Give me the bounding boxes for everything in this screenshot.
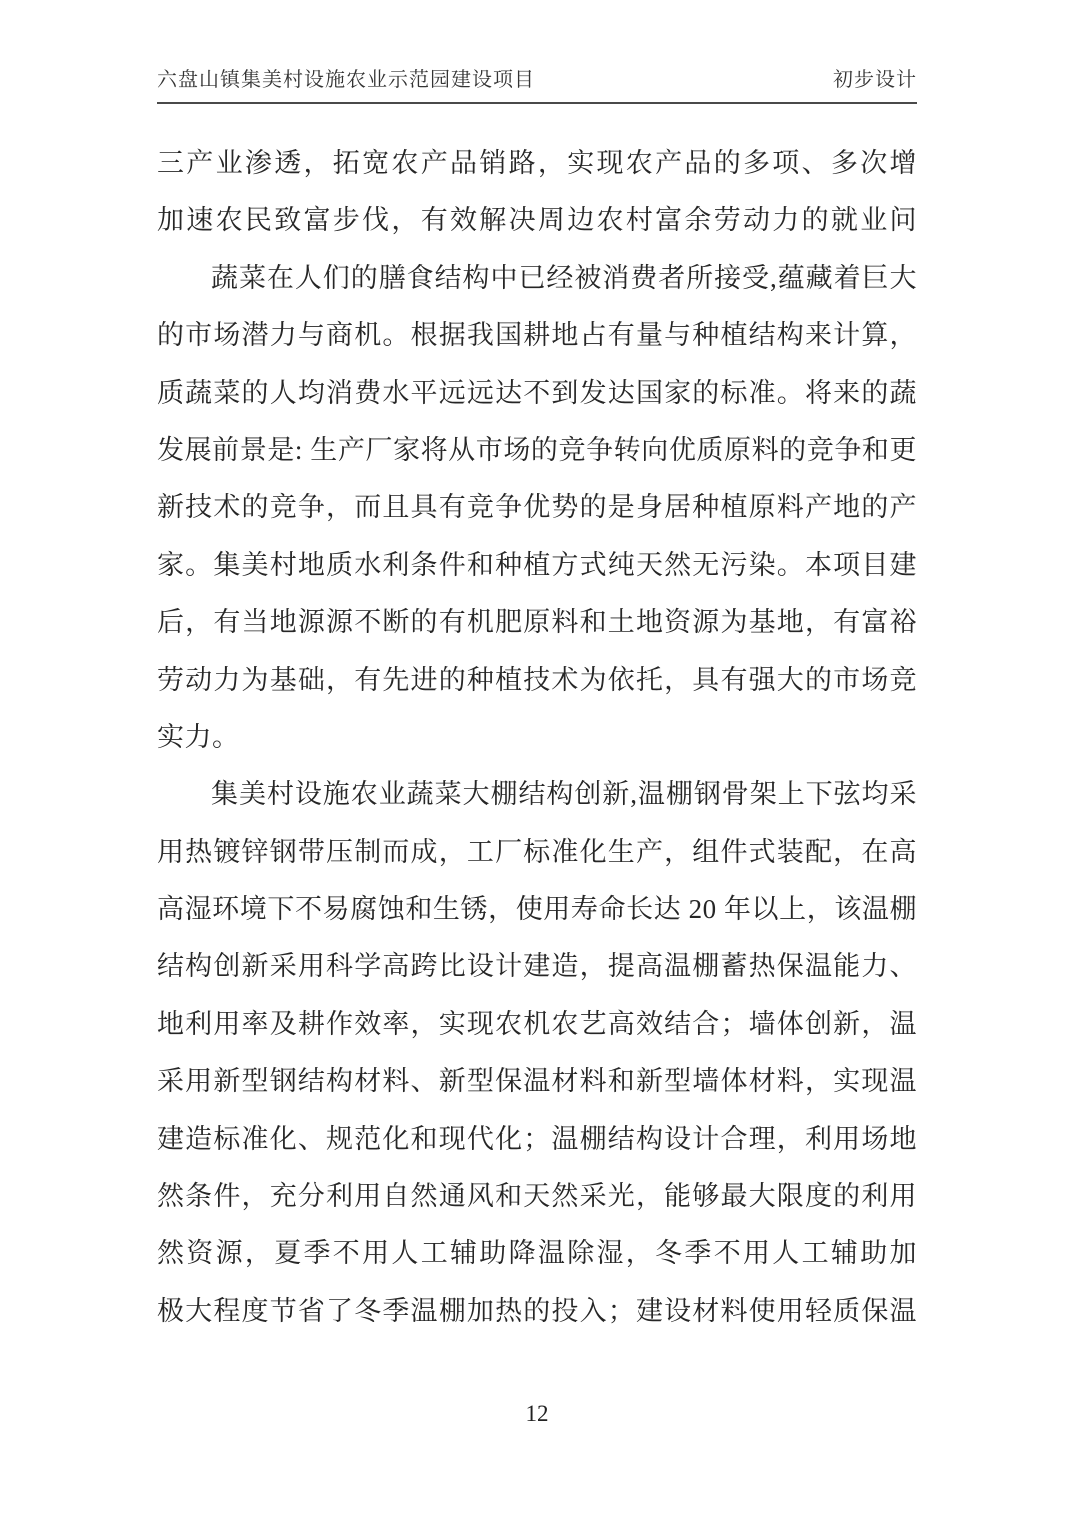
page-footer: 12 [0, 1401, 1074, 1427]
text-line: 后，有当地源源不断的有机肥原料和土地资源为基地，有富裕的 [157, 594, 917, 651]
text-line: 高湿环境下不易腐蚀和生锈，使用寿命长达 20 年以上，该温棚 [157, 881, 917, 938]
page-number: 12 [526, 1401, 549, 1426]
document-body: 三产业渗透，拓宽农产品销路，实现农产品的多项、多次增值，加速农民致富步伐，有效解… [157, 135, 917, 1340]
text-line: 采用新型钢结构材料、新型保温材料和新型墙体材料，实现温棚 [157, 1053, 917, 1110]
text-line: 结构创新采用科学高跨比设计建造，提高温棚蓄热保温能力、土 [157, 938, 917, 995]
header-project-title: 六盘山镇集美村设施农业示范园建设项目 [157, 66, 535, 94]
paragraph: 集美村设施农业蔬菜大棚结构创新,温棚钢骨架上下弦均采用热镀锌钢带压制而成，工厂标… [157, 766, 917, 1340]
text-line: 新技术的竞争，而且具有竞争优势的是身居种植原料产地的产 [157, 479, 917, 536]
text-line: 用热镀锌钢带压制而成，工厂标准化生产，组件式装配，在高温 [157, 824, 917, 881]
header-stage-label: 初步设计 [833, 66, 917, 94]
text-line: 劳动力为基础，有先进的种植技术为依托，具有强大的市场竞争 [157, 652, 917, 709]
text-line: 加速农民致富步伐，有效解决周边农村富余劳动力的就业问题。 [157, 192, 917, 249]
text-line: 实力。 [157, 709, 917, 766]
paragraph: 蔬菜在人们的膳食结构中已经被消费者所接受,蕴藏着巨大的市场潜力与商机。根据我国耕… [157, 250, 917, 767]
paragraph: 三产业渗透，拓宽农产品销路，实现农产品的多项、多次增值，加速农民致富步伐，有效解… [157, 135, 917, 250]
text-line: 家。集美村地质水利条件和种植方式纯天然无污染。本项目建成 [157, 537, 917, 594]
text-line: 蔬菜在人们的膳食结构中已经被消费者所接受,蕴藏着巨大 [157, 250, 917, 307]
text-line: 三产业渗透，拓宽农产品销路，实现农产品的多项、多次增值， [157, 135, 917, 192]
document-page: 六盘山镇集美村设施农业示范园建设项目 初步设计 三产业渗透，拓宽农产品销路，实现… [0, 0, 1074, 1520]
text-line: 极大程度节省了冬季温棚加热的投入；建设材料使用轻质保温型 [157, 1283, 917, 1340]
text-line: 建造标准化、规范化和现代化；温棚结构设计合理，利用场地自 [157, 1111, 917, 1168]
text-line: 的市场潜力与商机。根据我国耕地占有量与种植结构来计算，优 [157, 307, 917, 364]
text-line: 然资源，夏季不用人工辅助降温除湿，冬季不用人工辅助加热， [157, 1225, 917, 1282]
text-line: 然条件，充分利用自然通风和天然采光，能够最大限度的利用自 [157, 1168, 917, 1225]
text-line: 质蔬菜的人均消费水平远远达不到发达国家的标准。将来的蔬菜 [157, 365, 917, 422]
page-header: 六盘山镇集美村设施农业示范园建设项目 初步设计 [157, 0, 917, 104]
text-line: 发展前景是: 生产厂家将从市场的竞争转向优质原料的竞争和更 [157, 422, 917, 479]
text-line: 集美村设施农业蔬菜大棚结构创新,温棚钢骨架上下弦均采 [157, 766, 917, 823]
text-line: 地利用率及耕作效率，实现农机农艺高效结合；墙体创新，温棚 [157, 996, 917, 1053]
